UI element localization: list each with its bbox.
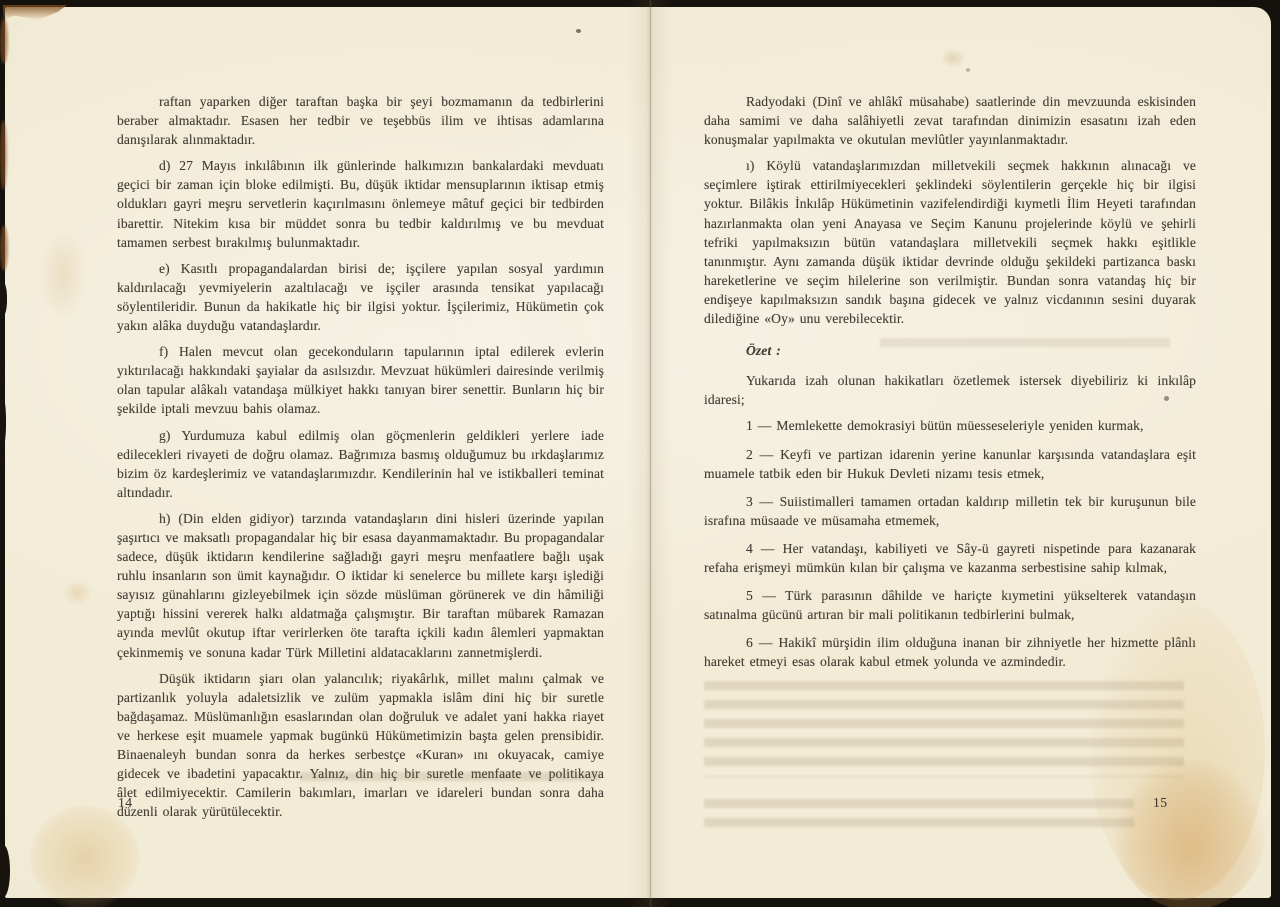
- summary-item-5: 5 — Türk parasının dâhilde ve hariçte kı…: [704, 586, 1196, 624]
- summary-item-1: 1 — Memlekette demokrasiyi bütün müesses…: [704, 416, 1196, 435]
- paragraph-f: f) Halen mevcut olan gecekonduların tapu…: [117, 342, 604, 418]
- edge-stain: [0, 225, 8, 271]
- edge-stain: [0, 120, 7, 190]
- page-number-left: 14: [118, 795, 133, 811]
- bleed-through-text: [704, 681, 1184, 777]
- edge-mark: [0, 282, 7, 316]
- edge-stain: [0, 18, 8, 64]
- paragraph-continuation: raftan yaparken diğer taraftan başka bir…: [117, 92, 604, 149]
- ozet-intro: Yukarıda izah olunan hakikatları özetlem…: [704, 371, 1196, 409]
- paragraph-g: g) Yurdumuza kabul edilmiş olan göçmenle…: [117, 426, 604, 502]
- speck: [576, 29, 581, 33]
- paragraph-closing: Düşük iktidarın şiarı olan yalancılık; r…: [117, 669, 604, 822]
- summary-item-4: 4 — Her vatandaşı, kabiliyeti ve Sây-ü g…: [704, 539, 1196, 577]
- scanned-book-spread: raftan yaparken diğer taraftan başka bir…: [0, 0, 1280, 907]
- summary-item-2: 2 — Keyfi ve partizan idarenin yerine ka…: [704, 445, 1196, 483]
- edge-mark: [0, 455, 5, 471]
- left-page-text: raftan yaparken diğer taraftan başka bir…: [117, 92, 604, 828]
- page-number-right: 15: [1153, 795, 1168, 811]
- bleed-through-text: [704, 799, 1134, 837]
- summary-item-6: 6 — Hakikî mürşidin ilim olduğuna inanan…: [704, 633, 1196, 671]
- paragraph-radio: Radyodaki (Dinî ve ahlâkî müsahabe) saat…: [704, 92, 1196, 149]
- right-page-text: Radyodaki (Dinî ve ahlâkî müsahabe) saat…: [704, 92, 1196, 837]
- paragraph-h: h) (Din elden gidiyor) tarzında vatandaş…: [117, 509, 604, 662]
- paragraph-i: ı) Köylü vatandaşlarımızdan milletvekili…: [704, 156, 1196, 328]
- gutter-fold-line: [650, 0, 651, 907]
- ozet-heading: Özet :: [704, 341, 1196, 360]
- speck: [966, 68, 970, 72]
- paragraph-d: d) 27 Mayıs inkılâbının ilk günlerinde h…: [117, 156, 604, 251]
- paragraph-e: e) Kasıtlı propagandalardan birisi de; i…: [117, 259, 604, 335]
- summary-item-3: 3 — Suiistimalleri tamamen ortadan kaldı…: [704, 492, 1196, 530]
